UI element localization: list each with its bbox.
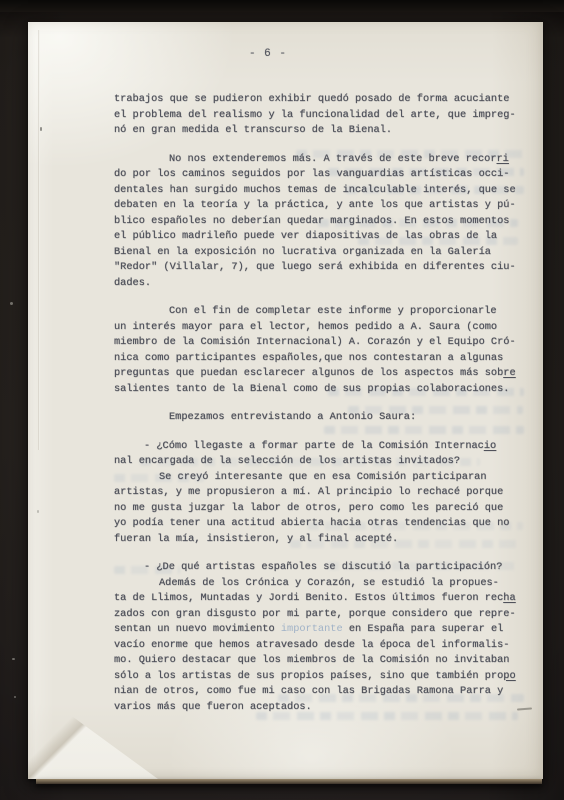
text-line: ta de Llimos, Muntadas y Jordi Benito. E…: [114, 591, 542, 607]
text-line: nian de otros, como fue mi caso con las …: [114, 684, 542, 700]
text-line: varios más que fueron aceptados.: [114, 700, 542, 716]
text-line: un interés mayor para el lector, hemos p…: [114, 320, 542, 336]
document-page: - 6 - trabajos que se pudieron exhibir q…: [28, 22, 543, 779]
text-line: "Redor" (Villalar, 7), que luego será ex…: [114, 260, 542, 276]
text-line: Con el fin de completar este informe y p…: [114, 304, 542, 320]
text-line: artistas, y me propusieron a mí. Al prin…: [114, 485, 542, 501]
paragraph: trabajos que se pudieron exhibir quedó p…: [114, 92, 542, 139]
text-line: preguntas que puedan esclarecer algunos …: [114, 366, 542, 382]
text-line: nica como participantes españoles,que no…: [114, 351, 542, 367]
text-line: nó en gran medida el transcurso de la Bi…: [114, 123, 542, 139]
text-line: dades.: [114, 276, 542, 292]
text-line: nal encargada de la selección de los art…: [114, 454, 542, 470]
paragraph: Se creyó interesante que en esa Comisión…: [114, 470, 542, 548]
paragraph: - ¿Cómo llegaste a formar parte de la Co…: [114, 439, 542, 470]
typewritten-text-body: trabajos que se pudieron exhibir quedó p…: [114, 92, 542, 715]
paper-crease: [38, 30, 40, 450]
dust-speck: [10, 302, 13, 305]
text-line: Se creyó interesante que en esa Comisión…: [114, 470, 542, 486]
ink-smudge: [40, 127, 42, 131]
text-line: vacío enorme que hemos atravesado desde …: [114, 638, 542, 654]
text-line: Además de los Crónica y Corazón, se estu…: [114, 576, 542, 592]
paragraph: Además de los Crónica y Corazón, se estu…: [114, 576, 542, 716]
text-line: blico españoles no deberían quedar margi…: [114, 214, 542, 230]
text-line: dentales han surgido muchos temas de inc…: [114, 183, 542, 199]
dust-speck: [12, 658, 15, 660]
text-line: Bienal en la exposición no lucrativa org…: [114, 245, 542, 261]
photo-backdrop: - 6 - trabajos que se pudieron exhibir q…: [0, 0, 564, 800]
text-line: - ¿Cómo llegaste a formar parte de la Co…: [114, 439, 542, 455]
text-line: el público madrileño puede ver diapositi…: [114, 229, 542, 245]
text-line: mo. Quiero destacar que los miembros de …: [114, 653, 542, 669]
text-line: zados con gran disgusto por mi parte, po…: [114, 607, 542, 623]
text-line: debaten en la teoría y la práctica, y an…: [114, 198, 542, 214]
text-line: Empezamos entrevistando a Antonio Saura:: [114, 410, 542, 426]
page-number: - 6 -: [28, 48, 508, 60]
ink-smudge: [37, 510, 39, 513]
paragraph: No nos extenderemos más. A través de est…: [114, 152, 542, 292]
text-line: el problema del realismo y la funcionali…: [114, 108, 542, 124]
text-line: do por los caminos seguidos por las vang…: [114, 167, 542, 183]
text-line: yo podía tener una actitud abierta hacia…: [114, 516, 542, 532]
text-line: sólo a los artistas de sus propios paíse…: [114, 669, 542, 685]
text-line: salientes tanto de la Bienal como de sus…: [114, 382, 542, 398]
paragraph: Con el fin de completar este informe y p…: [114, 304, 542, 397]
text-line: sentan un nuevo movimiento importante en…: [114, 622, 542, 638]
text-line: No nos extenderemos más. A través de est…: [114, 152, 542, 168]
text-line: miembro de la Comisión Internacional) A.…: [114, 335, 542, 351]
dust-speck: [14, 696, 16, 698]
text-line: trabajos que se pudieron exhibir quedó p…: [114, 92, 542, 108]
text-line: fueran la mía, insistieron, y al final a…: [114, 532, 542, 548]
paragraph: - ¿De qué artistas españoles se discutió…: [114, 560, 542, 576]
text-line: - ¿De qué artistas españoles se discutió…: [114, 560, 542, 576]
text-line: no me gusta juzgar la labor de otros, pe…: [114, 501, 542, 517]
paragraph: Empezamos entrevistando a Antonio Saura:: [114, 410, 542, 426]
backdrop-top-shadow: [0, 0, 564, 12]
